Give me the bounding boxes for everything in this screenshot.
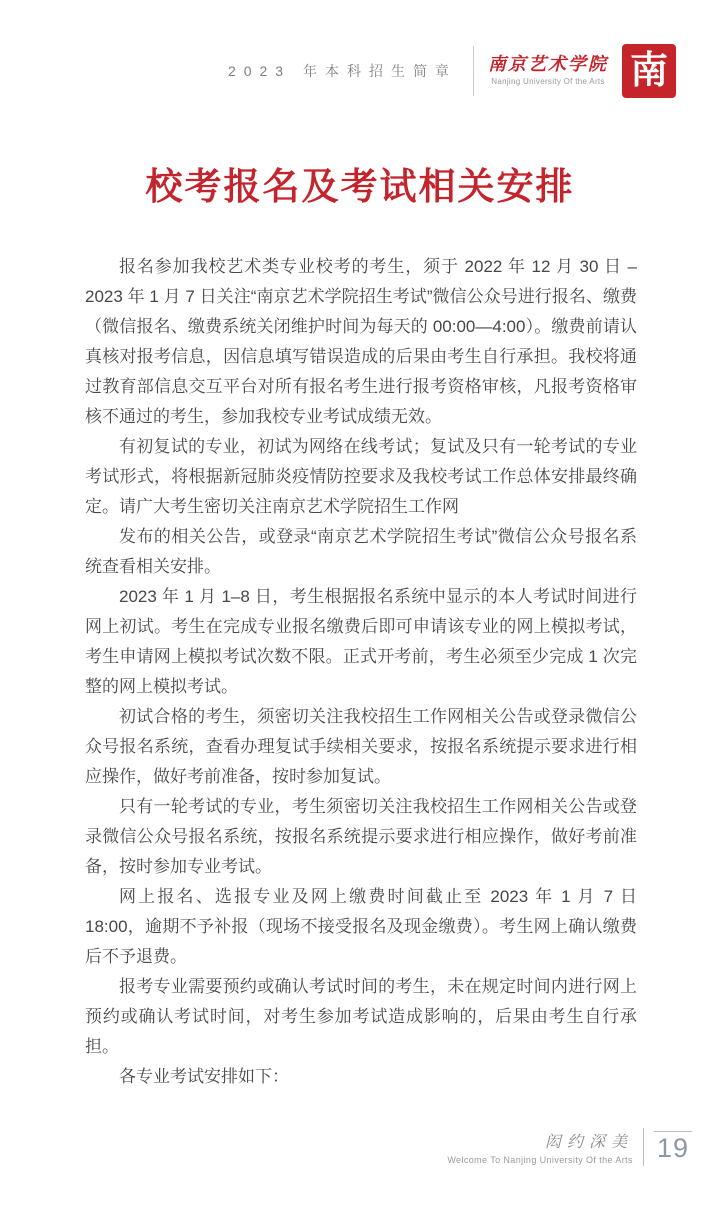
body-paragraph: 只有一轮考试的专业，考生须密切关注我校招生工作网相关公告或登录微信公众号报名系统… — [85, 792, 637, 882]
body-paragraph: 初试合格的考生，须密切关注我校招生工作网相关公告或登录微信公众号报名系统，查看办… — [85, 702, 637, 792]
body-paragraph: 各专业考试安排如下： — [85, 1062, 637, 1092]
footer-divider — [643, 1128, 644, 1166]
university-name-cn: 南京艺术学院 — [488, 55, 608, 75]
body-paragraph: 报考专业需要预约或确认考试时间的考生，未在规定时间内进行网上预约或确认考试时间，… — [85, 972, 637, 1062]
body-paragraph: 2023 年 1 月 1–8 日，考生根据报名系统中显示的本人考试时间进行网上初… — [85, 582, 637, 702]
welcome-text: Welcome To Nanjing University Of the Art… — [447, 1155, 633, 1165]
body-paragraph: 发布的相关公告，或登录“南京艺术学院招生考试”微信公众号报名系统查看相关安排。 — [85, 522, 637, 582]
university-seal-icon: 南 — [622, 44, 676, 98]
school-motto: 闳约深美 — [447, 1129, 633, 1152]
body-paragraph: 有初复试的专业，初试为网络在线考试；复试及只有一轮考试的专业考试形式，将根据新冠… — [85, 432, 637, 522]
university-name-en: Nanjing University Of the Arts — [488, 78, 608, 87]
brochure-page: 2023 年本科招生简章 南京艺术学院 Nanjing University O… — [0, 0, 720, 1216]
page-header: 2023 年本科招生简章 南京艺术学院 Nanjing University O… — [228, 44, 676, 98]
body-paragraph: 网上报名、选报专业及网上缴费时间截止至 2023 年 1 月 7 日 18:00… — [85, 882, 637, 972]
footer-motto-block: 闳约深美 Welcome To Nanjing University Of th… — [447, 1129, 633, 1165]
page-title: 校考报名及考试相关安排 — [0, 156, 720, 210]
body-paragraph: 报名参加我校艺术类专业校考的考生，须于 2022 年 12 月 30 日 –20… — [85, 252, 637, 432]
page-number: 19 — [654, 1131, 692, 1164]
brochure-title: 2023 年本科招生简章 — [228, 61, 459, 81]
header-divider — [473, 46, 474, 96]
university-logo: 南京艺术学院 Nanjing University Of the Arts — [488, 55, 608, 87]
page-footer: 闳约深美 Welcome To Nanjing University Of th… — [447, 1128, 692, 1166]
body-text: 报名参加我校艺术类专业校考的考生，须于 2022 年 12 月 30 日 –20… — [85, 252, 637, 1092]
